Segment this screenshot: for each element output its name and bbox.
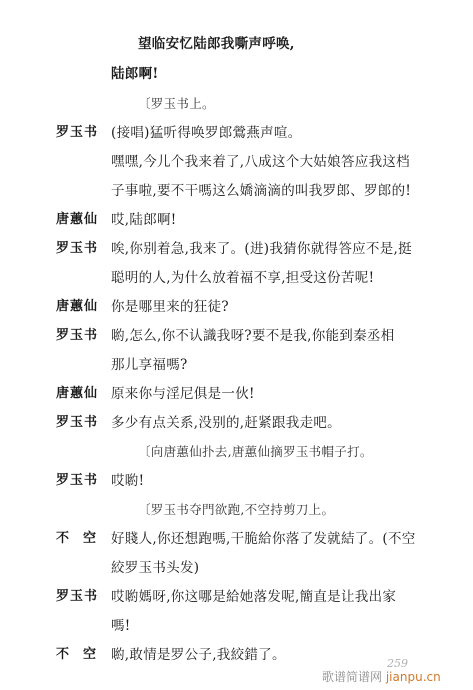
dialogue-line: 喲,敢情是罗公子,我絞錯了。 [111, 647, 286, 663]
dialogue-line: 多少有点关系,没别的,赶紧跟我走吧。 [111, 415, 341, 431]
dialogue-line: 望临安忆陆郎我嘶声呼唤, [138, 36, 295, 52]
stage-direction: 〔罗玉书上。 [138, 96, 215, 112]
dialogue-line: 好賤人,你还想跑嗎,干脆給你落了发就結了。(不空 [111, 531, 416, 547]
speaker-name: 罗玉书 [56, 328, 98, 344]
dialogue-line: 喲,怎么,你不认識我呀?要不是我,你能到秦丞相 [111, 328, 395, 344]
speaker-name: 罗玉书 [56, 241, 98, 257]
dialogue-line: (接唱)猛听得唤罗郎鶯燕声喧。 [111, 125, 302, 141]
speaker-name: 唐蕙仙 [56, 386, 98, 402]
stage-direction: 〔向唐蕙仙扑去,唐蕙仙摘罗玉书帽子打。 [138, 444, 373, 460]
speaker-name: 罗玉书 [56, 589, 98, 605]
stage-direction: 〔罗玉书夺門欲跑,不空持剪刀上。 [138, 502, 334, 518]
dialogue-line: 哎喲媽呀,你这哪是給她落发呢,簡直是让我出家 [111, 589, 396, 605]
watermark: 歌谱简谱网 jianpu.cn [322, 668, 441, 685]
speaker-name: 不空 [56, 531, 110, 547]
speaker-name: 罗玉书 [56, 473, 98, 489]
watermark-site-name: 歌谱简谱网 [322, 670, 382, 684]
dialogue-line: 絞罗玉书头发) [111, 560, 199, 576]
speaker-name: 唐蕙仙 [56, 299, 98, 315]
dialogue-line: 唉,你别着急,我来了。(进)我猜你就得答应不是,挺 [111, 241, 412, 257]
speaker-name: 唐蕙仙 [56, 212, 98, 228]
dialogue-line: 嘿嘿,今儿个我来着了,八成这个大姑娘答应我这档 [111, 154, 410, 170]
dialogue-line: 嗎! [111, 618, 131, 634]
dialogue-line: 陆郎啊! [111, 66, 159, 82]
dialogue-line: 原来你与淫尼俱是一伙! [111, 386, 255, 402]
dialogue-line: 子事啦,要不干嗎这么嬌滴滴的叫我罗郎、罗郎的! [111, 183, 411, 199]
dialogue-line: 聪明的人,为什么放着福不享,担受这份苦呢! [111, 270, 374, 286]
dialogue-line: 哎喲! [111, 473, 144, 489]
watermark-url: jianpu.cn [386, 670, 441, 684]
dialogue-line: 那儿享福嗎? [111, 357, 188, 373]
script-page: 望临安忆陆郎我嘶声呼唤,陆郎啊!〔罗玉书上。罗玉书(接唱)猛听得唤罗郎鶯燕声喧。… [0, 0, 473, 690]
speaker-name: 不空 [56, 647, 110, 663]
dialogue-line: 你是哪里来的狂徒? [111, 299, 229, 315]
speaker-name: 罗玉书 [56, 415, 98, 431]
speaker-name: 罗玉书 [56, 125, 98, 141]
dialogue-line: 哎,陆郎啊! [111, 212, 177, 228]
